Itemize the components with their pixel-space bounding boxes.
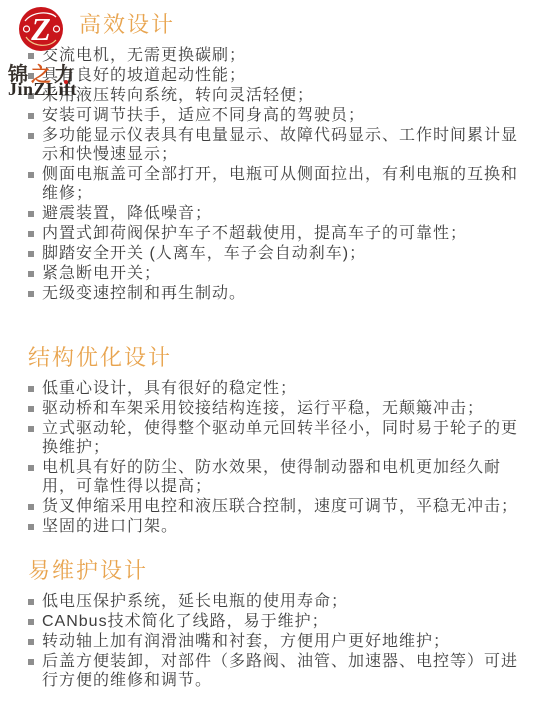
svg-text:Z: Z	[30, 11, 51, 47]
feature-text: 具有良好的坡道起动性能；	[42, 66, 524, 85]
feature-text: 内置式卸荷阀保护车子不超载使用，提高车子的可靠性；	[42, 224, 524, 243]
feature-text: 低重心设计，具有很好的稳定性；	[42, 379, 524, 398]
feature-list-maintenance: 低电压保护系统，延长电瓶的使用寿命； CANbus技术简化了线路，易于维护； 转…	[28, 592, 524, 690]
feature-text: 安装可调节扶手，适应不同身高的驾驶员；	[42, 106, 524, 125]
bullet-square-icon	[28, 504, 34, 510]
feature-list-structure: 低重心设计，具有很好的稳定性； 驱动桥和车架采用铰接结构连接，运行平稳，无颠簸冲…	[28, 379, 524, 536]
bullet-square-icon	[28, 659, 34, 665]
list-item: 采用液压转向系统，转向灵活轻便；	[28, 86, 524, 105]
list-item: 安装可调节扶手，适应不同身高的驾驶员；	[28, 106, 524, 125]
list-item: 低重心设计，具有很好的稳定性；	[28, 379, 524, 398]
bullet-square-icon	[28, 426, 34, 432]
list-item: 紧急断电开关；	[28, 264, 524, 283]
section-title-structure: 结构优化设计	[28, 345, 524, 371]
bullet-square-icon	[28, 271, 34, 277]
feature-text: 紧急断电开关；	[42, 264, 524, 283]
list-item: 内置式卸荷阀保护车子不超载使用，提高车子的可靠性；	[28, 224, 524, 243]
page-content: ，高效设计 交流电机，无需更换碳刷； 具有良好的坡道起动性能； 采用液压转向系统…	[28, 12, 524, 691]
list-item: 货叉伸缩采用电控和液压联合控制，速度可调节，平稳无冲击；	[28, 497, 524, 516]
feature-text: 转动轴上加有润滑油嘴和衬套，方便用户更好地维护；	[42, 632, 524, 651]
list-item: 多功能显示仪表具有电量显示、故障代码显示、工作时间累计显 示和快慢速显示；	[28, 126, 524, 164]
list-item: 避震装置，降低噪音；	[28, 204, 524, 223]
bullet-square-icon	[28, 172, 34, 178]
feature-text: 无级变速控制和再生制动。	[42, 284, 524, 303]
feature-text: 坚固的进口门架。	[42, 517, 524, 536]
feature-text: 交流电机，无需更换碳刷；	[42, 46, 524, 65]
list-item: 具有良好的坡道起动性能；	[28, 66, 524, 85]
brand-i-dot-icon	[64, 80, 68, 84]
bullet-square-icon	[28, 599, 34, 605]
list-item: 立式驱动轮，使得整个驱动单元回转半径小，同时易于轮子的更 换维护；	[28, 419, 524, 457]
feature-text: 货叉伸缩采用电控和液压联合控制，速度可调节，平稳无冲击；	[42, 497, 524, 516]
logo-z-icon: Z	[18, 6, 64, 52]
list-item: 低电压保护系统，延长电瓶的使用寿命；	[28, 592, 524, 611]
feature-text: 低电压保护系统，延长电瓶的使用寿命；	[42, 592, 524, 611]
list-item: 侧面电瓶盖可全部打开，电瓶可从侧面拉出，有利电瓶的互换和 维修；	[28, 165, 524, 203]
feature-text: CANbus技术简化了线路，易于维护；	[42, 612, 524, 631]
section-title-efficiency: ，高效设计	[28, 12, 524, 38]
bullet-square-icon	[28, 524, 34, 530]
feature-text: 采用液压转向系统，转向灵活轻便；	[42, 86, 524, 105]
list-item: 后盖方便装卸，对部件（多路阀、油管、加速器、电控等）可进 行方便的维修和调节。	[28, 652, 524, 690]
list-item: CANbus技术简化了线路，易于维护；	[28, 612, 524, 631]
bullet-square-icon	[28, 639, 34, 645]
feature-text: 驱动桥和车架采用铰接结构连接，运行平稳，无颠簸冲击；	[42, 399, 524, 418]
bullet-square-icon	[28, 251, 34, 257]
bullet-square-icon	[28, 211, 34, 217]
bullet-square-icon	[28, 291, 34, 297]
list-item: 脚踏安全开关 (人离车，车子会自动刹车)；	[28, 244, 524, 263]
list-item: 转动轴上加有润滑油嘴和衬套，方便用户更好地维护；	[28, 632, 524, 651]
document-page: { "colors": { "heading_accent": "#E8A44F…	[0, 0, 551, 717]
feature-text: 立式驱动轮，使得整个驱动单元回转半径小，同时易于轮子的更 换维护；	[42, 419, 524, 457]
bullet-square-icon	[28, 619, 34, 625]
bullet-square-icon	[28, 231, 34, 237]
list-item: 电机具有好的防尘、防水效果，使得制动器和电机更加经久耐 用，可靠性得以提高；	[28, 458, 524, 496]
feature-text: 脚踏安全开关 (人离车，车子会自动刹车)；	[42, 244, 524, 263]
bullet-square-icon	[28, 465, 34, 471]
bullet-square-icon	[28, 113, 34, 119]
list-item: 交流电机，无需更换碳刷；	[28, 46, 524, 65]
feature-text: 避震装置，降低噪音；	[42, 204, 524, 223]
feature-text: 后盖方便装卸，对部件（多路阀、油管、加速器、电控等）可进 行方便的维修和调节。	[42, 652, 524, 690]
list-item: 坚固的进口门架。	[28, 517, 524, 536]
bullet-square-icon	[28, 386, 34, 392]
feature-text: 多功能显示仪表具有电量显示、故障代码显示、工作时间累计显 示和快慢速显示；	[42, 126, 524, 164]
feature-text: 电机具有好的防尘、防水效果，使得制动器和电机更加经久耐 用，可靠性得以提高；	[42, 458, 524, 496]
feature-list-efficiency: 交流电机，无需更换碳刷； 具有良好的坡道起动性能； 采用液压转向系统，转向灵活轻…	[28, 46, 524, 303]
bullet-square-icon	[28, 406, 34, 412]
list-item: 无级变速控制和再生制动。	[28, 284, 524, 303]
section-title-maintenance: 易维护设计	[28, 558, 524, 584]
bullet-square-icon	[28, 133, 34, 139]
list-item: 驱动桥和车架采用铰接结构连接，运行平稳，无颠簸冲击；	[28, 399, 524, 418]
feature-text: 侧面电瓶盖可全部打开，电瓶可从侧面拉出，有利电瓶的互换和 维修；	[42, 165, 524, 203]
